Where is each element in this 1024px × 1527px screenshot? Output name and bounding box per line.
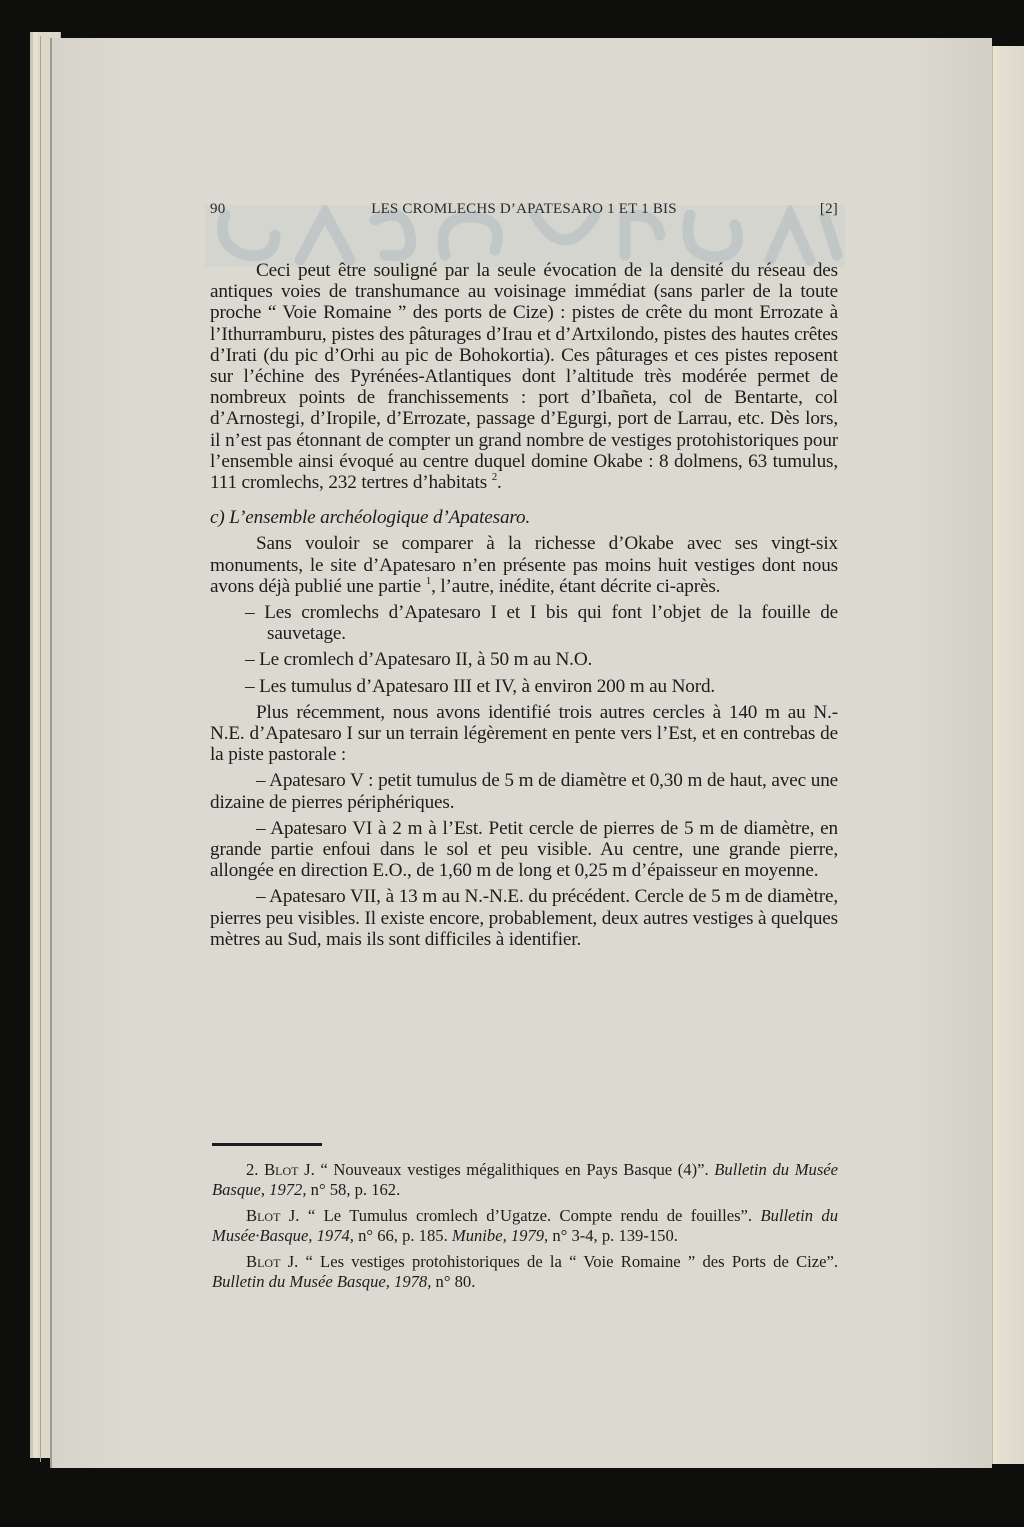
footnote-title: “ Nouveaux vestiges mégalithiques en Pay… xyxy=(320,1160,708,1179)
section-heading: c) L’ensemble archéologique d’Apatesaro. xyxy=(210,507,838,528)
footnote-author: Blot J. xyxy=(264,1160,315,1179)
footnote-author: Blot J. xyxy=(246,1252,298,1271)
footnote: Blot J. “ Le Tumulus cromlech d’Ugatze. … xyxy=(212,1206,838,1246)
paragraph-3: Plus récemment, nous avons identifié tro… xyxy=(210,702,838,766)
running-title: LES CROMLECHS D’APATESARO 1 ET 1 BIS xyxy=(210,201,838,218)
paragraph-5: – Apatesaro VI à 2 m à l’Est. Petit cerc… xyxy=(210,818,838,882)
list-item: – Les tumulus d’Apatesaro III et IV, à e… xyxy=(210,676,838,697)
footnote-title: “ Les vestiges protohistoriques de la “ … xyxy=(305,1252,838,1271)
footnote-source-2: Munibe, 1979, xyxy=(452,1226,548,1245)
footnote-details: n° 66, p. 185. xyxy=(358,1226,448,1245)
footnote-separator xyxy=(212,1143,322,1146)
paragraph-6: – Apatesaro VII, à 13 m au N.-N.E. du pr… xyxy=(210,886,838,950)
footnote: 2. Blot J. “ Nouveaux vestiges mégalithi… xyxy=(212,1160,838,1200)
footnote-author: Blot J. xyxy=(246,1206,299,1225)
list-item: – Le cromlech d’Apatesaro II, à 50 m au … xyxy=(210,649,838,670)
facing-page-edge xyxy=(992,46,1024,1464)
paragraph-1-text: Ceci peut être souligné par la seule évo… xyxy=(210,260,838,493)
footnote: Blot J. “ Les vestiges protohistoriques … xyxy=(212,1252,838,1292)
list-item: – Les cromlechs d’Apatesaro I et I bis q… xyxy=(210,602,838,644)
footnote-title: “ Le Tumulus cromlech d’Ugatze. Compte r… xyxy=(308,1206,752,1225)
paragraph-1-end: . xyxy=(497,472,502,493)
footnote-details-2: n° 3-4, p. 139-150. xyxy=(552,1226,678,1245)
footnote-details: n° 80. xyxy=(436,1272,476,1291)
footnote-source: Bulletin du Musée Basque, 1978, xyxy=(212,1272,431,1291)
body-text: Ceci peut être souligné par la seule évo… xyxy=(210,260,838,950)
footnote-number: 2. xyxy=(246,1160,258,1179)
paragraph-1: Ceci peut être souligné par la seule évo… xyxy=(210,260,838,493)
footnote-details: n° 58, p. 162. xyxy=(311,1180,401,1199)
paragraph-4: – Apatesaro V : petit tumulus de 5 m de … xyxy=(210,770,838,812)
paragraph-2-end: , l’autre, inédite, étant décrite ci-apr… xyxy=(431,576,720,597)
footnotes: 2. Blot J. “ Nouveaux vestiges mégalithi… xyxy=(212,1160,838,1298)
paragraph-2: Sans vouloir se comparer à la richesse d… xyxy=(210,533,838,597)
section-number: [2] xyxy=(820,201,838,218)
